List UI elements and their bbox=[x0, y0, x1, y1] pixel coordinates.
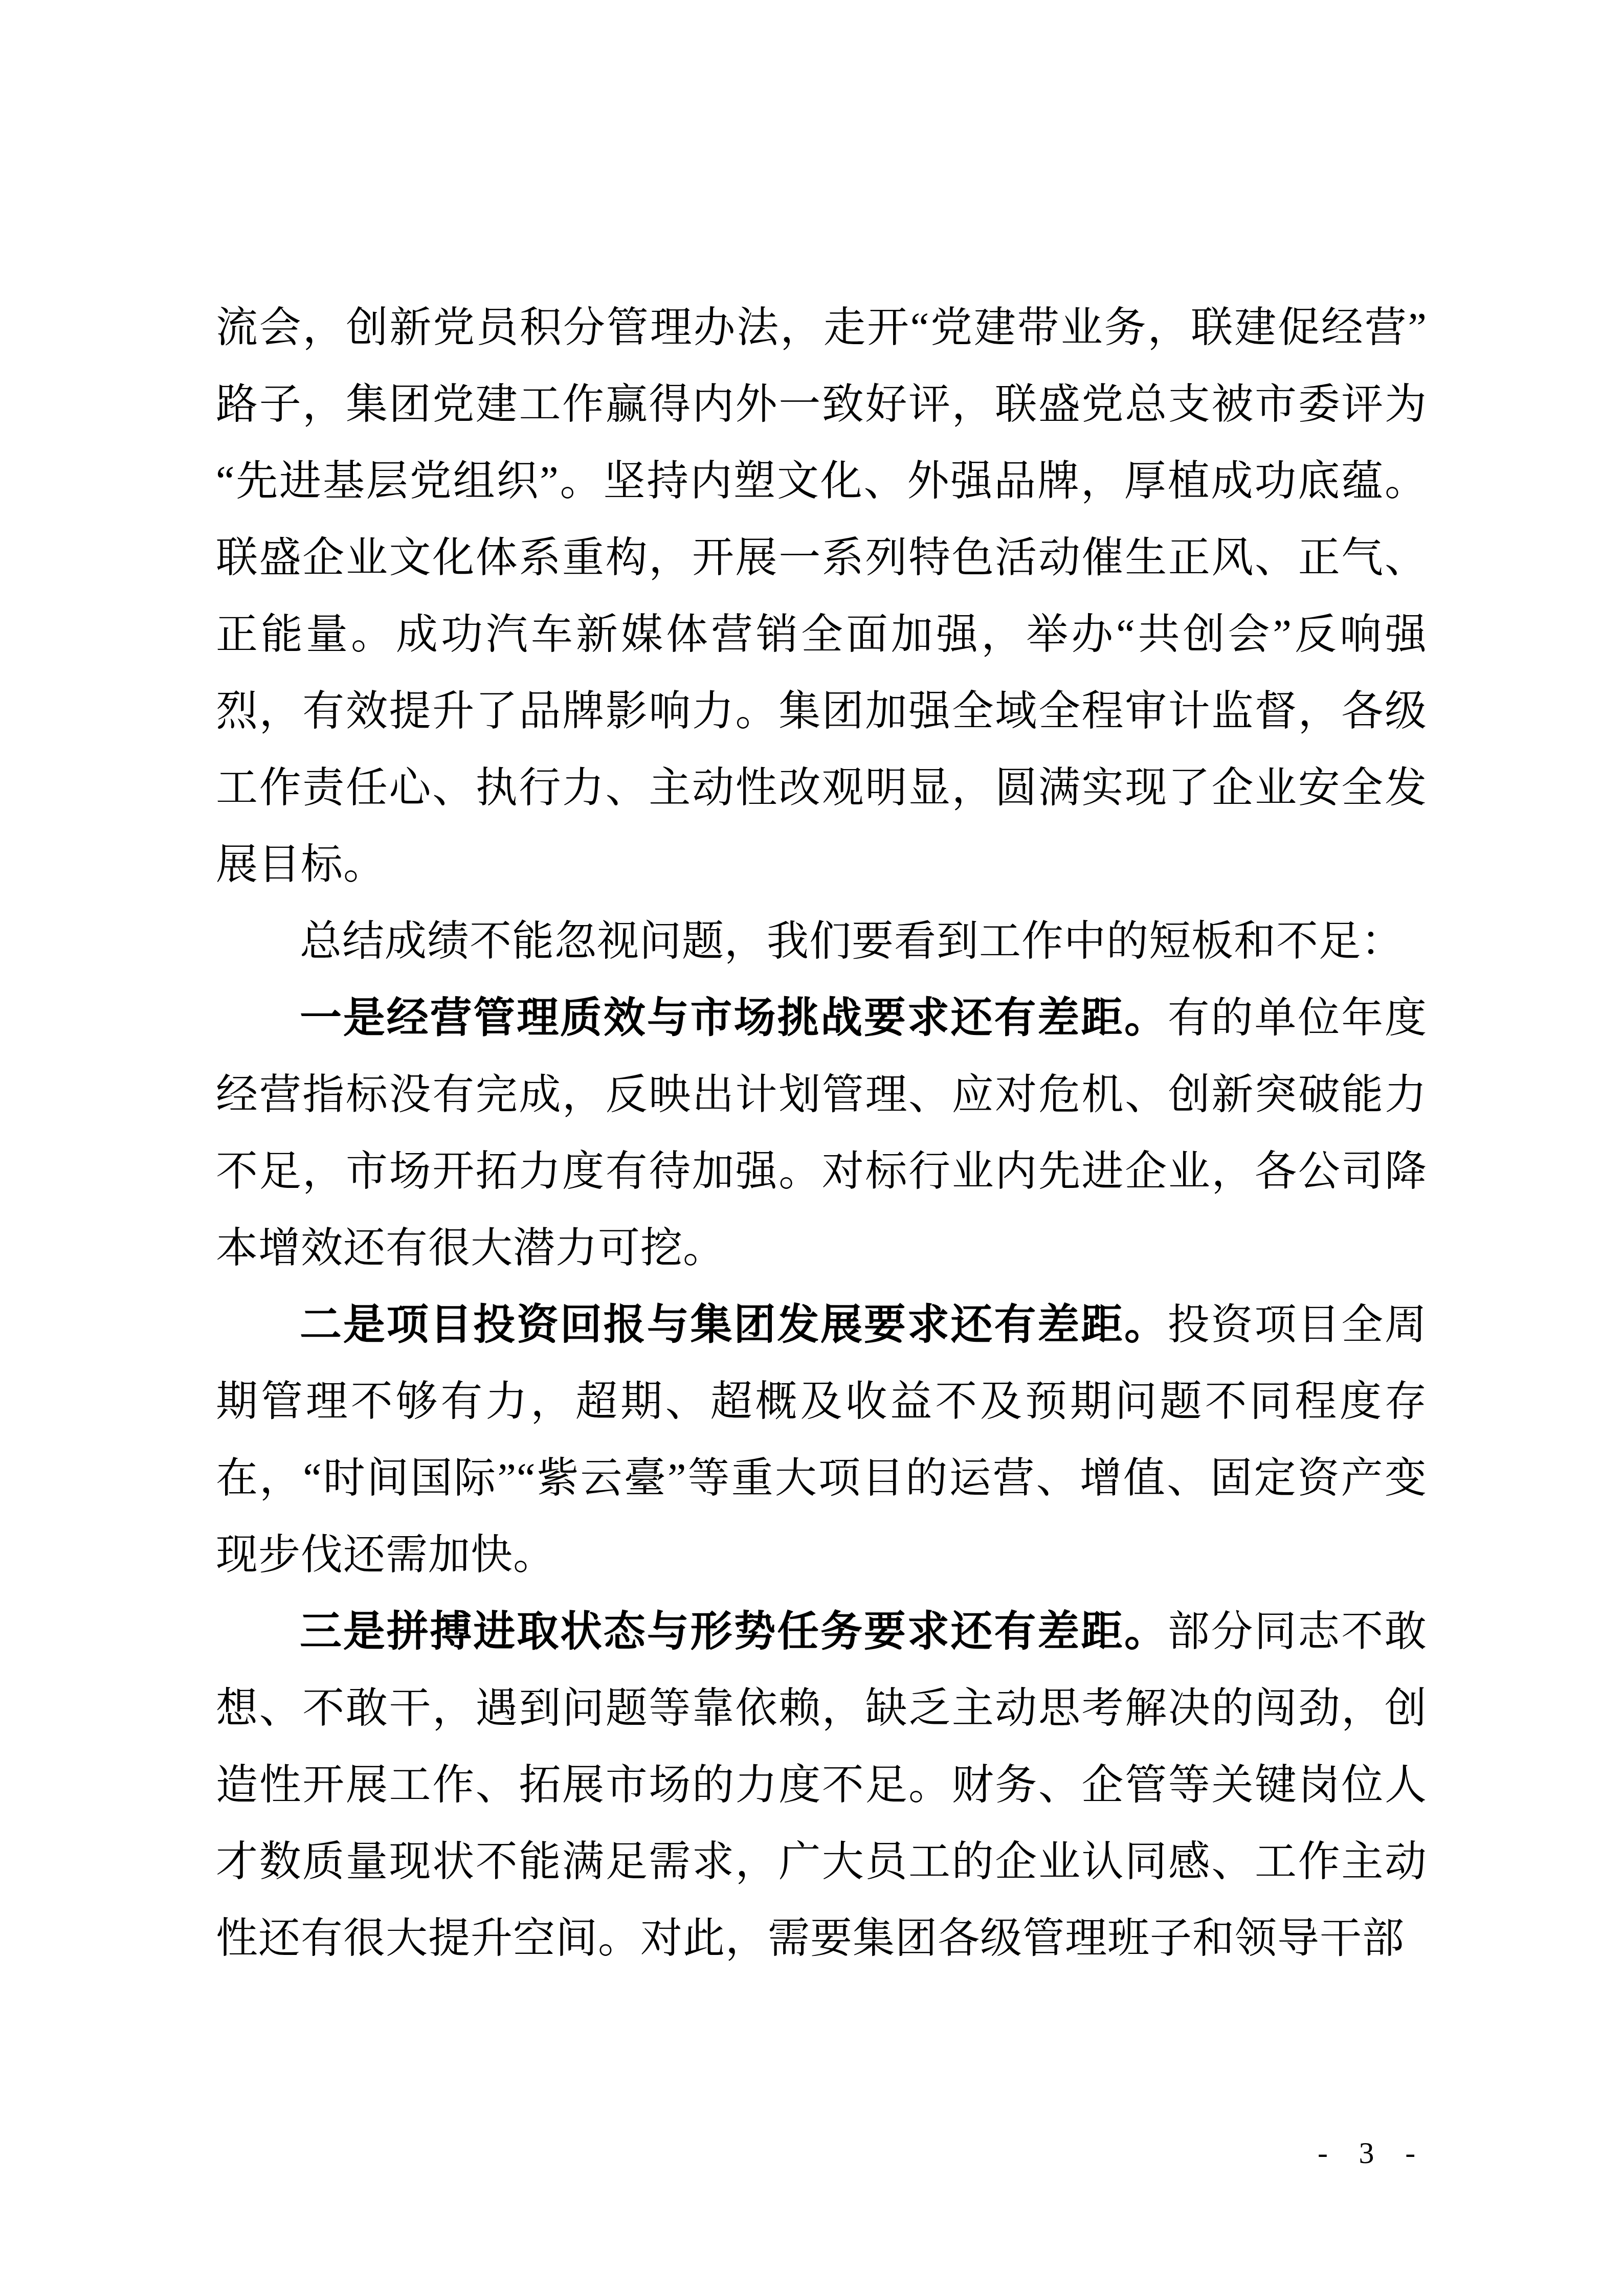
paragraph: 二是项目投资回报与集团发展要求还有差距。投资项目全周期管理不够有力，超期、超概及… bbox=[216, 1287, 1427, 1593]
page-number: - 3 - bbox=[1318, 2137, 1427, 2168]
paragraph-lead-emphasis: 二是项目投资回报与集团发展要求还有差距。 bbox=[300, 1301, 1168, 1348]
paragraph-text: 流会，创新党员积分管理办法，走开“党建带业务，联建促经营”路子，集团党建工作赢得… bbox=[216, 304, 1427, 888]
document-page: 流会，创新党员积分管理办法，走开“党建带业务，联建促经营”路子，集团党建工作赢得… bbox=[0, 0, 1624, 2296]
paragraph-lead-emphasis: 三是拼搏进取状态与形势任务要求还有差距。 bbox=[300, 1608, 1168, 1655]
paragraph: 一是经营管理质效与市场挑战要求还有差距。有的单位年度经营指标没有完成，反映出计划… bbox=[216, 980, 1427, 1287]
paragraph-text: 总结成绩不能忽视问题，我们要看到工作中的短板和不足： bbox=[300, 918, 1404, 964]
paragraph: 流会，创新党员积分管理办法，走开“党建带业务，联建促经营”路子，集团党建工作赢得… bbox=[216, 289, 1427, 903]
paragraph: 总结成绩不能忽视问题，我们要看到工作中的短板和不足： bbox=[216, 903, 1427, 980]
paragraph-lead-emphasis: 一是经营管理质效与市场挑战要求还有差距。 bbox=[300, 995, 1168, 1041]
paragraph-text: 部分同志不敢想、不敢干，遇到问题等靠依赖，缺乏主动思考解决的闯劲，创造性开展工作… bbox=[216, 1608, 1427, 1962]
document-body: 流会，创新党员积分管理办法，走开“党建带业务，联建促经营”路子，集团党建工作赢得… bbox=[216, 289, 1427, 1977]
paragraph: 三是拼搏进取状态与形势任务要求还有差距。部分同志不敢想、不敢干，遇到问题等靠依赖… bbox=[216, 1593, 1427, 1977]
